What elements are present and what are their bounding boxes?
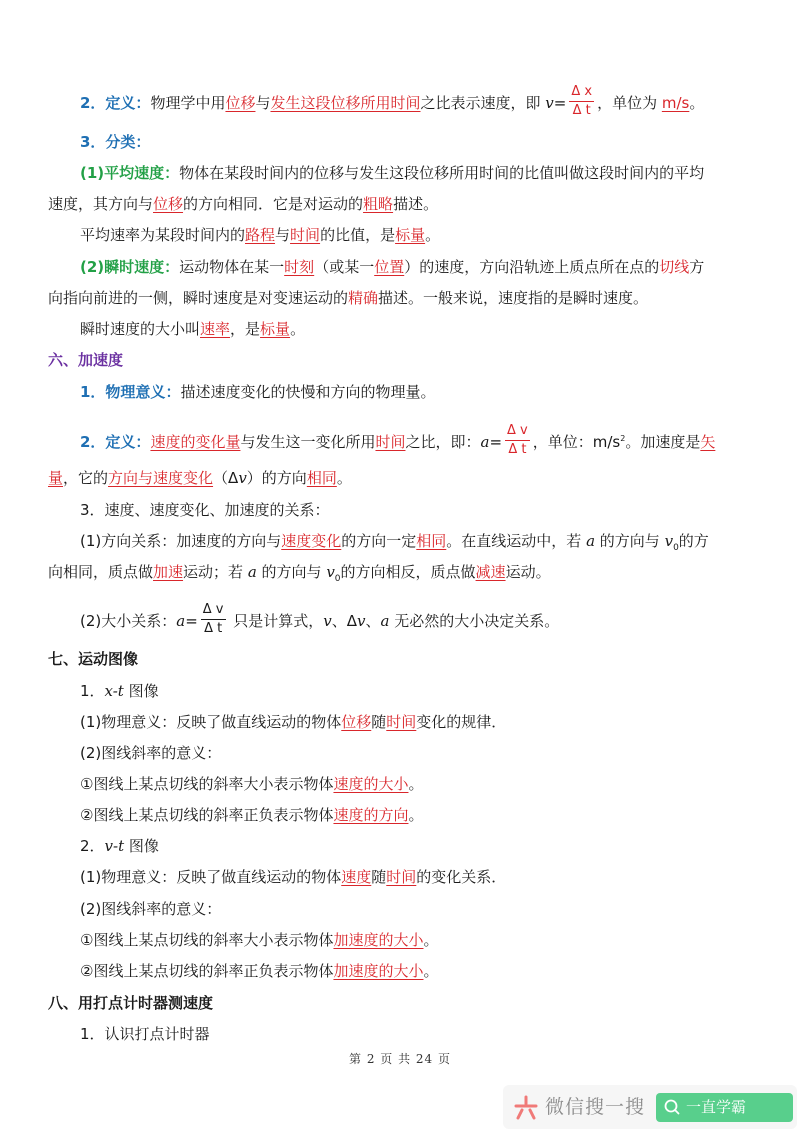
vt-graph-title: 2．v-t 图像 (80, 835, 159, 857)
inst-rate-line: 瞬时速度的大小叫速率，是标量。 (80, 318, 305, 340)
keyword: 相同 (416, 532, 446, 550)
inst-speed-line1: (2)瞬时速度：运动物体在某一时刻（或某一位置）的速度，方向沿轨迹上质点所在点的… (80, 256, 704, 278)
keyword: 减速 (476, 563, 506, 581)
acc-definition-line1: 2．定义：速度的变化量与发生这一变化所用时间之比，即：a=Δ vΔ t，单位：m… (80, 424, 715, 461)
keyword: 速度变化 (281, 532, 341, 550)
vt-slope-heading: (2)图线斜率的意义： (80, 898, 221, 920)
page-footer: 第 2 页 共 24 页 (0, 1050, 800, 1067)
keyword: 切线 (659, 258, 689, 276)
subheading: (2)瞬时速度： (80, 258, 179, 276)
search-icon (664, 1099, 680, 1115)
keyword: 位移 (225, 94, 255, 112)
keyword: 方向与速度变化 (108, 469, 213, 487)
wechat-search-button[interactable]: 一直学霸 (656, 1093, 793, 1122)
acc-meaning: 1．物理意义：描述速度变化的快慢和方向的物理量。 (80, 381, 435, 403)
acc-definition-line2: 量，它的方向与速度变化（Δv）的方向相同。 (48, 467, 352, 489)
xt-slope-heading: (2)图线斜率的意义： (80, 742, 221, 764)
vt-slope-item1: ①图线上某点切线的斜率大小表示物体加速度的大小。 (80, 929, 438, 951)
fraction-dx-dt: Δ xΔ t (569, 83, 594, 120)
xt-slope-item1: ①图线上某点切线的斜率大小表示物体速度的大小。 (80, 773, 423, 795)
direction-relation-line2: 向相同，质点做加速运动；若 a 的方向与 v0的方向相反，质点做减速运动。 (48, 561, 551, 590)
avg-rate-line: 平均速率为某段时间内的路程与时间的比值，是标量。 (80, 224, 440, 246)
item-number: 1．物理意义： (80, 383, 180, 401)
xt-graph-title: 1．x-t 图像 (80, 680, 159, 702)
keyword: 位移 (153, 195, 183, 213)
keyword: 速度的方向 (333, 806, 408, 824)
wechat-search-bar[interactable]: 微信搜一搜 一直学霸 (503, 1085, 797, 1129)
section-heading-acceleration: 六、加速度 (48, 349, 123, 371)
section-heading-motion-graphs: 七、运动图像 (48, 648, 138, 670)
keyword: 位置 (374, 258, 404, 276)
keyword: 加速度的大小 (333, 931, 423, 949)
keyword: 标量 (395, 226, 425, 244)
subheading: (1)平均速度： (80, 164, 179, 182)
keyword: 速率 (200, 320, 230, 338)
vt-slope-item2: ②图线上某点切线的斜率正负表示物体加速度的大小。 (80, 960, 438, 982)
item-number: 2．定义： (80, 94, 150, 112)
keyword: 发生这段位移所用时间 (270, 94, 420, 112)
keyword: 速度的变化量 (150, 433, 240, 451)
wechat-search-logo-icon (513, 1095, 539, 1121)
keyword: 矢 (700, 433, 715, 451)
keyword: 精确 (348, 289, 378, 307)
keyword: 路程 (245, 226, 275, 244)
keyword: 相同 (307, 469, 337, 487)
magnitude-relation: (2)大小关系：a=Δ vΔ t 只是计算式，v、Δv、a 无必然的大小决定关系… (80, 603, 559, 640)
keyword: 时间 (290, 226, 320, 244)
section-heading-ticker-timer: 八、用打点计时器测速度 (48, 992, 213, 1014)
fraction-dv-dt: Δ vΔ t (201, 601, 226, 638)
keyword: 粗略 (363, 195, 393, 213)
relation-heading: 3．速度、速度变化、加速度的关系： (80, 499, 330, 521)
keyword: 加速度的大小 (333, 962, 423, 980)
keyword: 时间 (375, 433, 405, 451)
vt-meaning: (1)物理意义：反映了做直线运动的物体速度随时间的变化关系． (80, 866, 506, 888)
keyword: 时间 (386, 868, 416, 886)
unit: m/s (662, 94, 689, 112)
fraction-dv-dt: Δ vΔ t (505, 422, 530, 459)
keyword: 速度 (341, 868, 371, 886)
keyword: 加速 (153, 563, 183, 581)
avg-speed-line2: 速度，其方向与位移的方向相同．它是对运动的粗略描述。 (48, 193, 438, 215)
keyword: 速度的大小 (333, 775, 408, 793)
direction-relation-line1: (1)方向关系：加速度的方向与速度变化的方向一定相同。在直线运动中，若 a 的方… (80, 530, 709, 559)
ticker-timer-item: 1．认识打点计时器 (80, 1023, 210, 1045)
xt-slope-item2: ②图线上某点切线的斜率正负表示物体速度的方向。 (80, 804, 423, 826)
keyword: 时间 (386, 713, 416, 731)
wechat-search-label: 微信搜一搜 (545, 1095, 645, 1119)
keyword: 标量 (260, 320, 290, 338)
inst-speed-line2: 向指向前进的一侧，瞬时速度是对变速运动的精确描述。一般来说，速度指的是瞬时速度。 (48, 287, 648, 309)
item-number: 2．定义： (80, 433, 150, 451)
keyword: 时刻 (284, 258, 314, 276)
keyword: 位移 (341, 713, 371, 731)
keyword: 量 (48, 469, 63, 487)
classify-heading: 3．分类： (80, 131, 150, 153)
search-term: 一直学霸 (686, 1098, 746, 1116)
avg-speed-line1: (1)平均速度：物体在某段时间内的位移与发生这段位移所用时间的比值叫做这段时间内… (80, 162, 704, 184)
velocity-definition: 2．定义：物理学中用位移与发生这段位移所用时间之比表示速度，即 v=Δ xΔ t… (80, 85, 704, 122)
xt-meaning: (1)物理意义：反映了做直线运动的物体位移随时间变化的规律． (80, 711, 506, 733)
